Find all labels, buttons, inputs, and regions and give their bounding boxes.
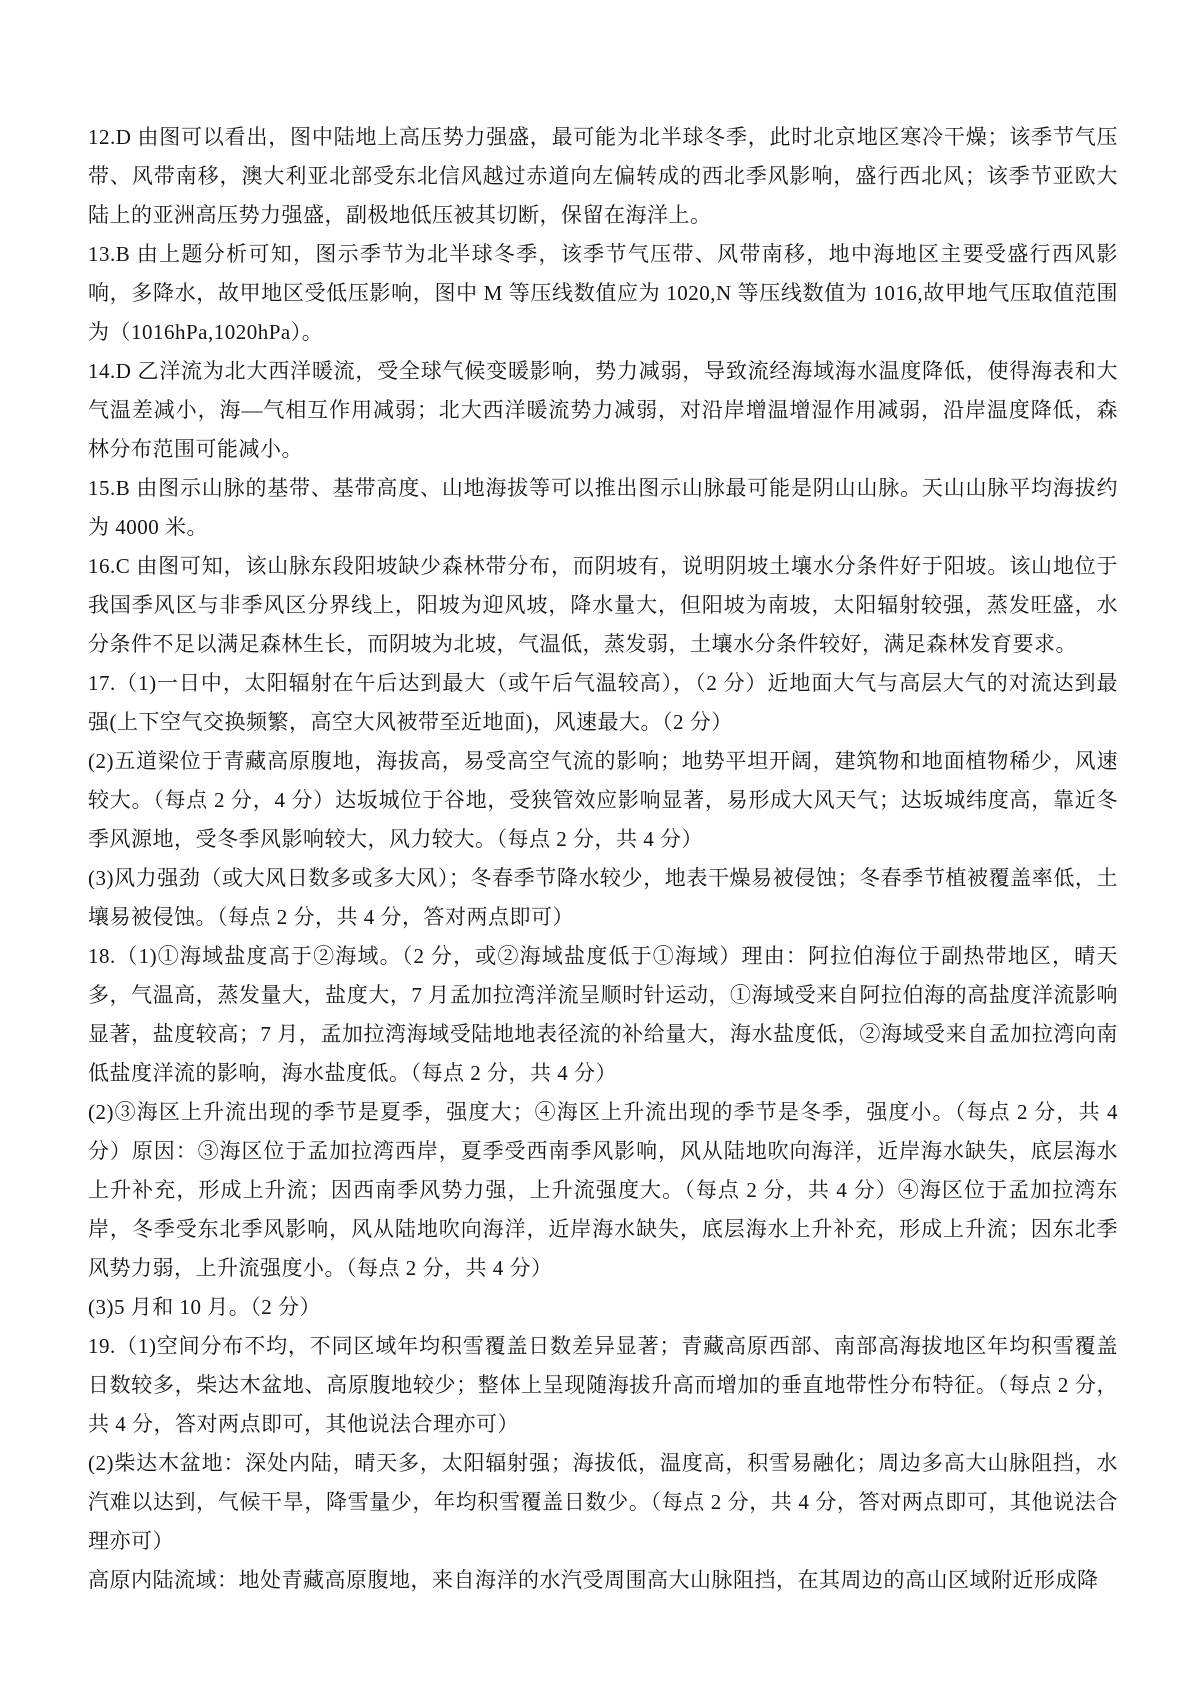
answer-paragraph-14: 14.D 乙洋流为北大西洋暖流，受全球气候变暖影响，势力减弱，导致流经海域海水温…	[88, 352, 1118, 469]
answer-paragraph-15: 15.B 由图示山脉的基带、基带高度、山地海拔等可以推出图示山脉最可能是阴山山脉…	[88, 469, 1118, 547]
answer-paragraph-19-2b: 高原内陆流域：地处青藏高原腹地，来自海洋的水汽受周围高大山脉阻挡，在其周边的高山…	[88, 1561, 1118, 1600]
answer-paragraph-17-2: (2)五道梁位于青藏高原腹地，海拔高，易受高空气流的影响；地势平坦开阔，建筑物和…	[88, 742, 1118, 859]
answer-paragraph-17-3: (3)风力强劲（或大风日数多或多大风）；冬春季节降水较少，地表干燥易被侵蚀；冬春…	[88, 859, 1118, 937]
answer-paragraph-17-1: 17.（1)一日中，太阳辐射在午后达到最大（或午后气温较高），（2 分）近地面大…	[88, 664, 1118, 742]
answer-text-block: 12.D 由图可以看出，图中陆地上高压势力强盛，最可能为北半球冬季，此时北京地区…	[88, 118, 1118, 1600]
document-page: 12.D 由图可以看出，图中陆地上高压势力强盛，最可能为北半球冬季，此时北京地区…	[0, 0, 1200, 1698]
answer-paragraph-19-2: (2)柴达木盆地：深处内陆，晴天多，太阳辐射强；海拔低，温度高，积雪易融化；周边…	[88, 1444, 1118, 1561]
answer-paragraph-18-1: 18.（1)①海域盐度高于②海域。（2 分，或②海域盐度低于①海域）理由：阿拉伯…	[88, 937, 1118, 1093]
answer-paragraph-18-3: (3)5 月和 10 月。（2 分）	[88, 1288, 1118, 1327]
answer-paragraph-16: 16.C 由图可知，该山脉东段阳坡缺少森林带分布，而阴坡有，说明阴坡土壤水分条件…	[88, 547, 1118, 664]
answer-paragraph-19-1: 19.（1)空间分布不均，不同区域年均积雪覆盖日数差异显著；青藏高原西部、南部高…	[88, 1327, 1118, 1444]
answer-paragraph-12: 12.D 由图可以看出，图中陆地上高压势力强盛，最可能为北半球冬季，此时北京地区…	[88, 118, 1118, 235]
answer-paragraph-18-2: (2)③海区上升流出现的季节是夏季，强度大；④海区上升流出现的季节是冬季，强度小…	[88, 1093, 1118, 1288]
answer-paragraph-13: 13.B 由上题分析可知，图示季节为北半球冬季，该季节气压带、风带南移，地中海地…	[88, 235, 1118, 352]
